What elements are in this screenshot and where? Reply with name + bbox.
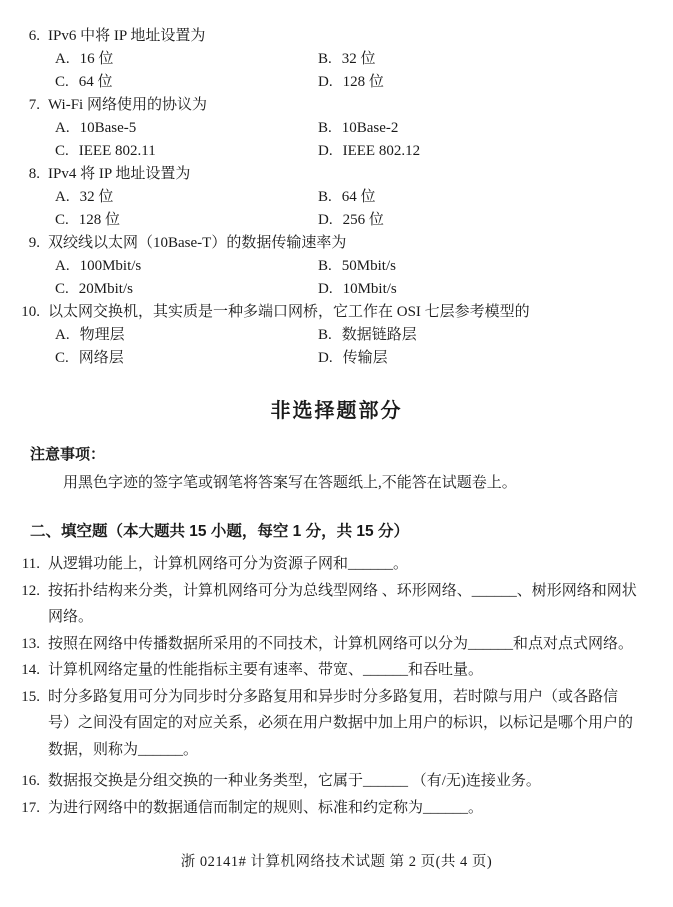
question-number: 12. <box>0 578 40 631</box>
fill-question-text: 按照在网络中传播数据所采用的不同技术，计算机网络可以分为______和点对点式网… <box>48 631 638 658</box>
option-text: 10Base-5 <box>80 117 137 140</box>
option-label: B. <box>318 324 332 347</box>
option-label: D. <box>318 278 333 301</box>
mcq-question-7: 7. Wi-Fi 网络使用的协议为 A.10Base-5 B.10Base-2 … <box>0 94 673 163</box>
question-number: 14. <box>0 657 40 684</box>
fill-question-text: 为进行网络中的数据通信而制定的规则、标准和约定称为______。 <box>48 795 638 822</box>
option-d: D.128 位 <box>318 71 384 94</box>
option-label: C. <box>55 209 69 232</box>
notice-body: 用黑色字迹的签字笔或钢笔将答案写在答题纸上,不能答在试题卷上。 <box>63 471 623 495</box>
option-text: 128 位 <box>343 71 384 94</box>
option-label: B. <box>318 48 332 71</box>
option-text: 16 位 <box>80 48 114 71</box>
fill-question-12: 12. 按拓扑结构来分类，计算机网络可分为总线型网络 、环形网络、______、… <box>0 578 673 631</box>
question-number: 15. <box>0 684 40 764</box>
option-label: B. <box>318 255 332 278</box>
option-label: D. <box>318 140 333 163</box>
option-d: D.传输层 <box>318 347 388 370</box>
option-b: B.32 位 <box>318 48 376 71</box>
mcq-question-6: 6. IPv6 中将 IP 地址设置为 A.16 位 B.32 位 C.64 位… <box>0 25 673 94</box>
option-c: C.64 位 <box>55 71 318 94</box>
option-text: IEEE 802.12 <box>343 140 420 163</box>
question-number: 10. <box>0 301 40 324</box>
option-label: D. <box>318 209 333 232</box>
option-d: D.10Mbit/s <box>318 278 397 301</box>
fill-section: 11. 从逻辑功能上，计算机网络可分为资源子网和______。 12. 按拓扑结… <box>0 551 673 821</box>
question-number: 13. <box>0 631 40 658</box>
option-text: 50Mbit/s <box>342 255 396 278</box>
fill-question-text: 计算机网络定量的性能指标主要有速率、带宽、______和吞吐量。 <box>48 657 638 684</box>
question-stem: IPv6 中将 IP 地址设置为 <box>48 25 205 48</box>
notice-block: 注意事项： 用黑色字迹的签字笔或钢笔将答案写在答题纸上,不能答在试题卷上。 <box>0 443 673 495</box>
option-a: A.100Mbit/s <box>55 255 318 278</box>
option-text: 256 位 <box>343 209 384 232</box>
option-label: C. <box>55 140 69 163</box>
option-text: 64 位 <box>342 186 376 209</box>
option-label: A. <box>55 255 70 278</box>
option-label: A. <box>55 48 70 71</box>
option-text: 数据链路层 <box>342 324 417 347</box>
option-label: C. <box>55 347 69 370</box>
option-a: A.16 位 <box>55 48 318 71</box>
question-stem: IPv4 将 IP 地址设置为 <box>48 163 190 186</box>
option-d: D.IEEE 802.12 <box>318 140 420 163</box>
section-heading: 非选择题部分 <box>0 394 673 423</box>
fill-question-text: 时分多路复用可分为同步时分多路复用和异步时分多路复用，若时隙与用户（或各路信号）… <box>48 684 638 764</box>
option-text: 10Mbit/s <box>343 278 397 301</box>
option-b: B.50Mbit/s <box>318 255 396 278</box>
fill-question-text: 数据报交换是分组交换的一种业务类型，它属于______ （有/无)连接业务。 <box>48 768 638 795</box>
question-number: 16. <box>0 768 40 795</box>
option-label: C. <box>55 71 69 94</box>
fill-question-11: 11. 从逻辑功能上，计算机网络可分为资源子网和______。 <box>0 551 673 578</box>
exam-page: 6. IPv6 中将 IP 地址设置为 A.16 位 B.32 位 C.64 位… <box>0 0 673 907</box>
option-text: 20Mbit/s <box>79 278 133 301</box>
fill-question-13: 13. 按照在网络中传播数据所采用的不同技术，计算机网络可以分为______和点… <box>0 631 673 658</box>
option-text: 10Base-2 <box>342 117 399 140</box>
option-text: 物理层 <box>80 324 125 347</box>
option-text: 100Mbit/s <box>80 255 142 278</box>
question-number: 8. <box>0 163 40 186</box>
fill-question-15: 15. 时分多路复用可分为同步时分多路复用和异步时分多路复用，若时隙与用户（或各… <box>0 684 673 764</box>
question-stem: 以太网交换机，其实质是一种多端口网桥，它工作在 OSI 七层参考模型的 <box>48 301 530 324</box>
option-a: A.10Base-5 <box>55 117 318 140</box>
option-b: B.10Base-2 <box>318 117 398 140</box>
question-stem: 双绞线以太网（10Base-T）的数据传输速率为 <box>48 232 346 255</box>
option-a: A.物理层 <box>55 324 318 347</box>
option-c: C.网络层 <box>55 347 318 370</box>
option-text: 传输层 <box>343 347 388 370</box>
option-text: IEEE 802.11 <box>79 140 156 163</box>
option-text: 128 位 <box>79 209 120 232</box>
page-footer: 浙 02141# 计算机网络技术试题 第 2 页(共 4 页) <box>0 850 673 871</box>
mcq-section: 6. IPv6 中将 IP 地址设置为 A.16 位 B.32 位 C.64 位… <box>0 25 673 370</box>
option-label: A. <box>55 324 70 347</box>
option-label: A. <box>55 117 70 140</box>
option-c: C.128 位 <box>55 209 318 232</box>
option-label: D. <box>318 347 333 370</box>
option-c: C.IEEE 802.11 <box>55 140 318 163</box>
question-number: 11. <box>0 551 40 578</box>
question-number: 9. <box>0 232 40 255</box>
option-label: D. <box>318 71 333 94</box>
option-label: B. <box>318 186 332 209</box>
question-number: 17. <box>0 795 40 822</box>
option-b: B.64 位 <box>318 186 376 209</box>
fill-section-heading: 二、填空题（本大题共 15 小题，每空 1 分，共 15 分） <box>30 519 673 541</box>
option-label: C. <box>55 278 69 301</box>
mcq-question-10: 10. 以太网交换机，其实质是一种多端口网桥，它工作在 OSI 七层参考模型的 … <box>0 301 673 370</box>
question-number: 7. <box>0 94 40 117</box>
notice-title: 注意事项： <box>30 443 673 464</box>
mcq-question-9: 9. 双绞线以太网（10Base-T）的数据传输速率为 A.100Mbit/s … <box>0 232 673 301</box>
option-text: 32 位 <box>342 48 376 71</box>
option-a: A.32 位 <box>55 186 318 209</box>
option-b: B.数据链路层 <box>318 324 417 347</box>
fill-question-14: 14. 计算机网络定量的性能指标主要有速率、带宽、______和吞吐量。 <box>0 657 673 684</box>
option-d: D.256 位 <box>318 209 384 232</box>
fill-question-text: 按拓扑结构来分类，计算机网络可分为总线型网络 、环形网络、______、树形网络… <box>48 578 638 631</box>
option-text: 网络层 <box>79 347 124 370</box>
fill-question-17: 17. 为进行网络中的数据通信而制定的规则、标准和约定称为______。 <box>0 795 673 822</box>
mcq-question-8: 8. IPv4 将 IP 地址设置为 A.32 位 B.64 位 C.128 位… <box>0 163 673 232</box>
option-text: 32 位 <box>80 186 114 209</box>
fill-question-16: 16. 数据报交换是分组交换的一种业务类型，它属于______ （有/无)连接业… <box>0 768 673 795</box>
option-c: C.20Mbit/s <box>55 278 318 301</box>
option-text: 64 位 <box>79 71 113 94</box>
option-label: A. <box>55 186 70 209</box>
fill-question-text: 从逻辑功能上，计算机网络可分为资源子网和______。 <box>48 551 638 578</box>
question-number: 6. <box>0 25 40 48</box>
option-label: B. <box>318 117 332 140</box>
question-stem: Wi-Fi 网络使用的协议为 <box>48 94 207 117</box>
